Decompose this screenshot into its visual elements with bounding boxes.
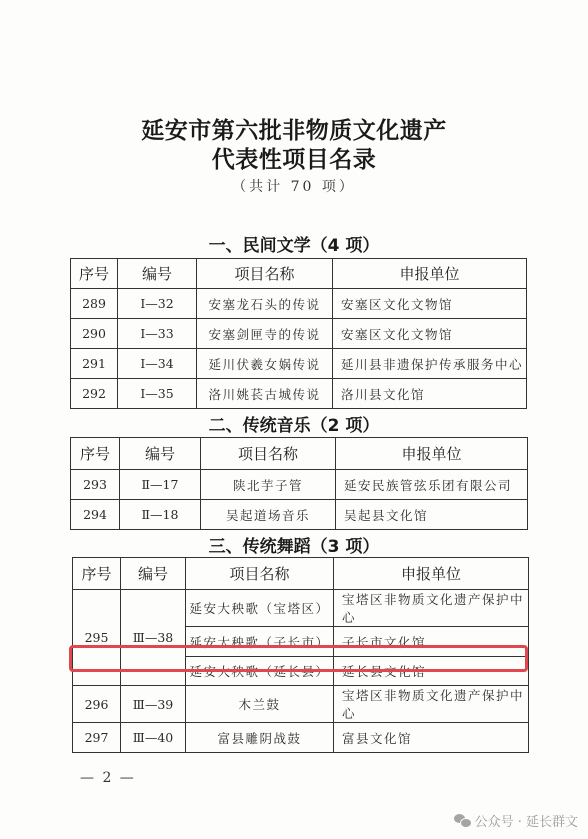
cell-name: 安塞龙石头的传说 — [197, 289, 333, 319]
cell-unit: 吴起县文化馆 — [336, 500, 528, 530]
table-row: 293 Ⅱ—17 陕北芋子管 延安民族管弦乐团有限公司 — [71, 470, 528, 500]
table-header-row: 序号 编号 项目名称 申报单位 — [71, 259, 527, 289]
table-traditional-music: 序号 编号 项目名称 申报单位 293 Ⅱ—17 陕北芋子管 延安民族管弦乐团有… — [70, 437, 528, 530]
column-header-code: 编号 — [118, 259, 197, 289]
watermark: 公众号 · 延长群文 — [454, 811, 578, 830]
cell-name: 陕北芋子管 — [201, 470, 336, 500]
cell-no: 293 — [71, 470, 120, 500]
watermark-text: 公众号 · 延长群文 — [475, 811, 578, 830]
column-header-no: 序号 — [73, 558, 121, 590]
cell-no: 296 — [73, 686, 121, 723]
column-header-name: 项目名称 — [197, 259, 333, 289]
cell-code: Ⅲ—39 — [121, 686, 186, 723]
cell-unit: 延川县非遗保护传承服务中心 — [333, 349, 527, 379]
section-title-traditional-music: 二、传统音乐（2 项） — [0, 411, 588, 436]
cell-no: 290 — [71, 319, 118, 349]
cell-name: 富县雕阴战鼓 — [186, 723, 334, 753]
section-title-traditional-dance: 三、传统舞蹈（3 项） — [0, 532, 588, 557]
highlight-box — [69, 645, 528, 672]
cell-code: Ⅱ—18 — [120, 500, 201, 530]
table-row: 289 Ⅰ—32 安塞龙石头的传说 安塞区文化文物馆 — [71, 289, 527, 319]
cell-code: Ⅱ—17 — [120, 470, 201, 500]
column-header-no: 序号 — [71, 259, 118, 289]
table-header-row: 序号 编号 项目名称 申报单位 — [71, 438, 528, 470]
document-subtitle: （共计 70 项） — [0, 176, 588, 196]
cell-code: Ⅰ—35 — [118, 379, 197, 409]
cell-name: 洛川姚苌古城传说 — [197, 379, 333, 409]
cell-unit: 洛川县文化馆 — [333, 379, 527, 409]
column-header-name: 项目名称 — [186, 558, 334, 590]
section-title-folk-literature: 一、民间文学（4 项） — [0, 231, 588, 256]
table-row: 291 Ⅰ—34 延川伏羲女娲传说 延川县非遗保护传承服务中心 — [71, 349, 527, 379]
cell-unit: 安塞区文化文物馆 — [333, 289, 527, 319]
document-title-line2: 代表性项目名录 — [0, 141, 588, 174]
table-row: 296 Ⅲ—39 木兰鼓 宝塔区非物质文化遗产保护中心 — [73, 686, 529, 723]
cell-unit: 宝塔区非物质文化遗产保护中心 — [334, 590, 529, 627]
cell-unit: 安塞区文化文物馆 — [333, 319, 527, 349]
table-row: 295 Ⅲ—38 延安大秧歌（宝塔区） 宝塔区非物质文化遗产保护中心 — [73, 590, 529, 627]
table-header-row: 序号 编号 项目名称 申报单位 — [73, 558, 529, 590]
cell-unit: 宝塔区非物质文化遗产保护中心 — [334, 686, 529, 723]
column-header-name: 项目名称 — [201, 438, 336, 470]
page-number: — 2 — — [80, 770, 136, 786]
cell-code: Ⅰ—33 — [118, 319, 197, 349]
cell-name: 延川伏羲女娲传说 — [197, 349, 333, 379]
wechat-icon — [454, 814, 471, 828]
cell-name: 安塞剑匣寺的传说 — [197, 319, 333, 349]
cell-name: 木兰鼓 — [186, 686, 334, 723]
table-row: 297 Ⅲ—40 富县雕阴战鼓 富县文化馆 — [73, 723, 529, 753]
column-header-code: 编号 — [121, 558, 186, 590]
cell-code: Ⅰ—32 — [118, 289, 197, 319]
column-header-no: 序号 — [71, 438, 120, 470]
table-row: 292 Ⅰ—35 洛川姚苌古城传说 洛川县文化馆 — [71, 379, 527, 409]
cell-no: 294 — [71, 500, 120, 530]
column-header-unit: 申报单位 — [336, 438, 528, 470]
cell-no: 289 — [71, 289, 118, 319]
cell-name: 吴起道场音乐 — [201, 500, 336, 530]
column-header-code: 编号 — [120, 438, 201, 470]
cell-unit: 延安民族管弦乐团有限公司 — [336, 470, 528, 500]
cell-no: 292 — [71, 379, 118, 409]
cell-code: Ⅲ—40 — [121, 723, 186, 753]
column-header-unit: 申报单位 — [333, 259, 527, 289]
cell-name: 延安大秧歌（宝塔区） — [186, 590, 334, 627]
table-row: 290 Ⅰ—33 安塞剑匣寺的传说 安塞区文化文物馆 — [71, 319, 527, 349]
table-folk-literature: 序号 编号 项目名称 申报单位 289 Ⅰ—32 安塞龙石头的传说 安塞区文化文… — [70, 258, 527, 409]
cell-unit: 富县文化馆 — [334, 723, 529, 753]
cell-code: Ⅰ—34 — [118, 349, 197, 379]
cell-no: 297 — [73, 723, 121, 753]
column-header-unit: 申报单位 — [334, 558, 529, 590]
cell-no: 291 — [71, 349, 118, 379]
table-row: 294 Ⅱ—18 吴起道场音乐 吴起县文化馆 — [71, 500, 528, 530]
